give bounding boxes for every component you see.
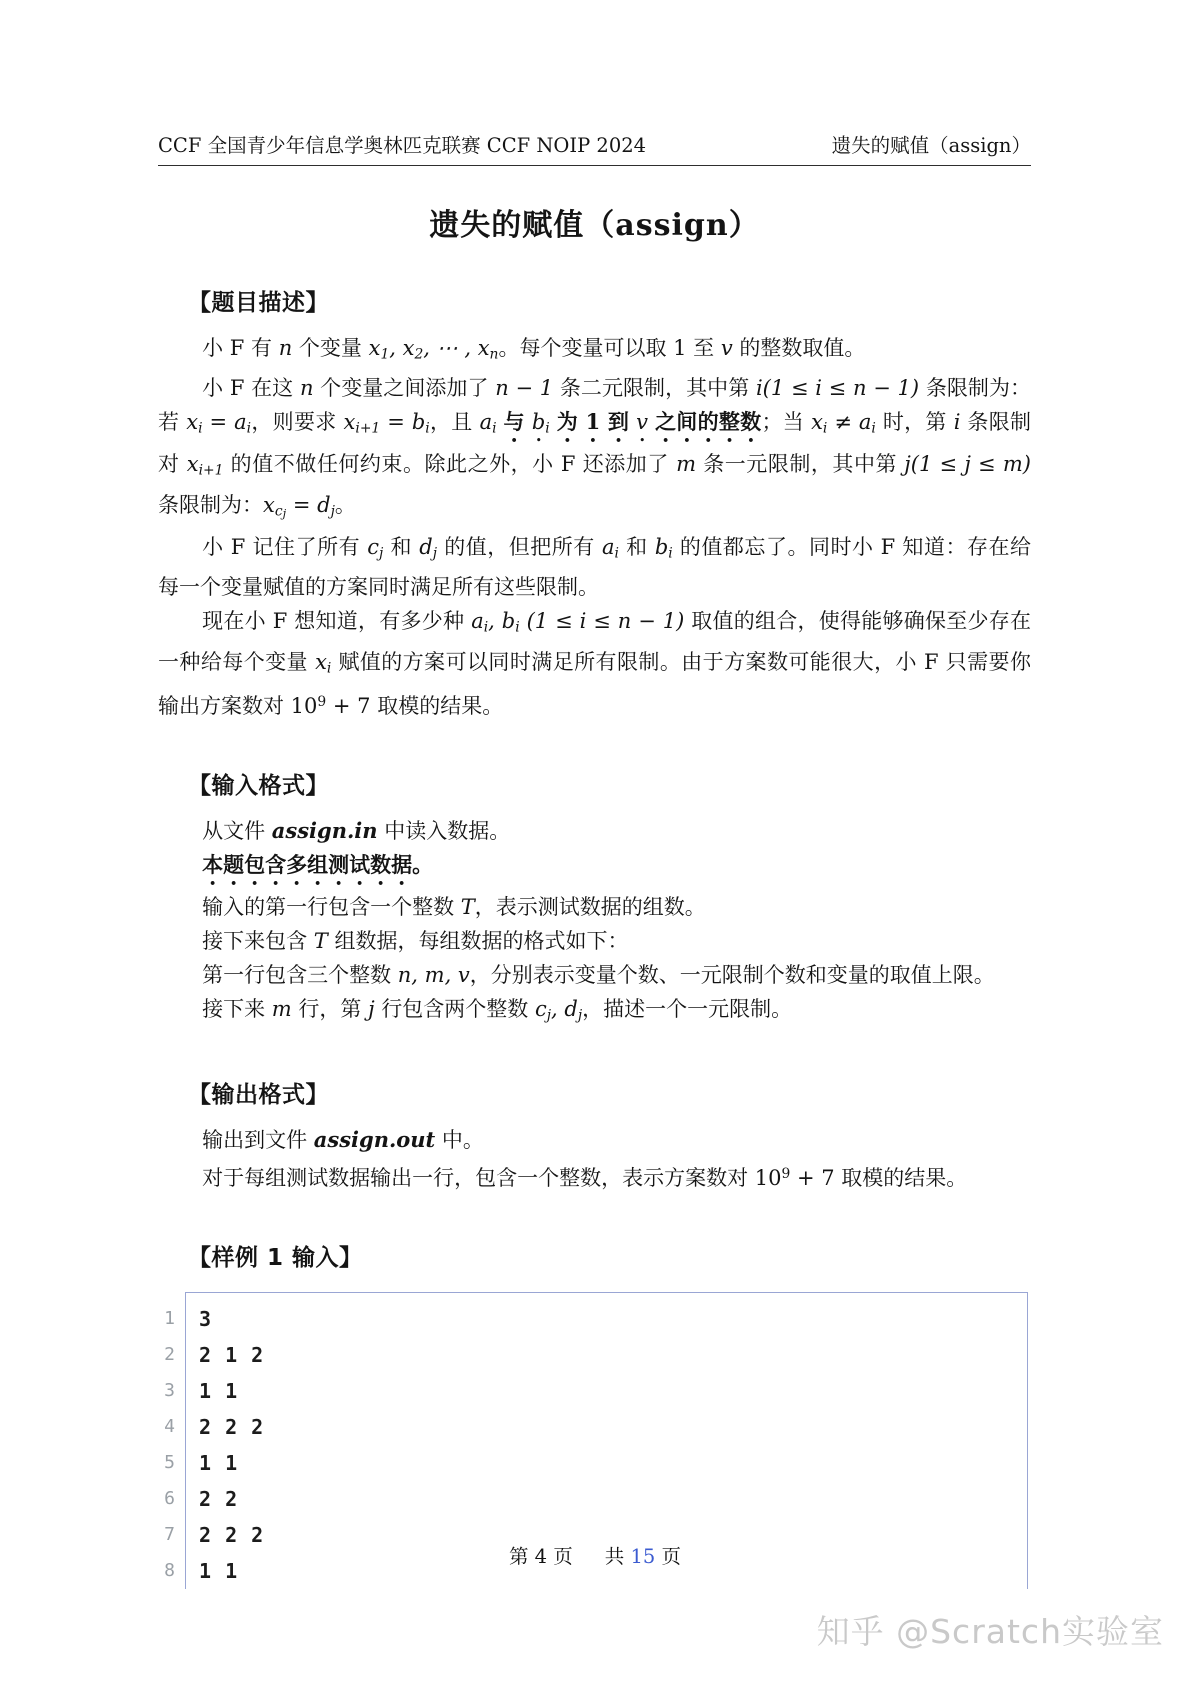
code-text: 2 2	[199, 1487, 238, 1511]
description-paragraph-2: 小 F 在这 n 个变量之间添加了 n − 1 条二元限制，其中第 i(1 ≤ …	[158, 371, 1031, 529]
code-text: 3	[199, 1307, 212, 1331]
page-title: 遗失的赋值（assign）	[158, 200, 1031, 244]
code-line: 62 2	[186, 1481, 1027, 1517]
footer-total-prefix: 共	[605, 1545, 631, 1568]
header-problem-name: 遗失的赋值（assign）	[832, 130, 1031, 158]
code-text: 1 1	[199, 1379, 238, 1403]
page-content: CCF 全国青少年信息学奥林匹克联赛 CCF NOIP 2024 遗失的赋值（a…	[158, 0, 1031, 1589]
section-heading-output-format: 【输出格式】	[188, 1076, 1031, 1109]
input-format-line-3: 输入的第一行包含一个整数 T，表示测试数据的组数。	[158, 890, 1031, 924]
section-heading-input-format: 【输入格式】	[188, 767, 1031, 800]
section-heading-description: 【题目描述】	[188, 284, 1031, 317]
code-line: 31 1	[186, 1373, 1027, 1409]
code-line: 22 1 2	[186, 1337, 1027, 1373]
line-number: 6	[145, 1481, 175, 1517]
footer-total-pages-link[interactable]: 15	[630, 1545, 655, 1568]
output-format-line-1: 输出到文件 assign.out 中。	[158, 1123, 1031, 1157]
code-line: 51 1	[186, 1445, 1027, 1481]
line-number: 2	[145, 1337, 175, 1373]
code-text: 2 1 2	[199, 1343, 264, 1367]
line-number: 3	[145, 1373, 175, 1409]
code-text: 1 1	[199, 1451, 238, 1475]
line-number: 4	[145, 1409, 175, 1445]
line-number: 5	[145, 1445, 175, 1481]
page-footer: 第 4 页共 15 页	[0, 1541, 1190, 1569]
description-paragraph-4: 现在小 F 想知道，有多少种 ai, bi (1 ≤ i ≤ n − 1) 取值…	[158, 604, 1031, 723]
header-contest-name: CCF 全国青少年信息学奥林匹克联赛 CCF NOIP 2024	[158, 130, 646, 158]
description-paragraph-3: 小 F 记住了所有 cj 和 dj 的值，但把所有 ai 和 bi 的值都忘了。…	[158, 530, 1031, 604]
footer-current-page: 第 4 页	[509, 1545, 573, 1568]
description-paragraph-1: 小 F 有 n 个变量 x1, x2, ⋯ , xn。每个变量可以取 1 至 v…	[158, 331, 1031, 371]
code-line: 42 2 2	[186, 1409, 1027, 1445]
line-number: 1	[145, 1301, 175, 1337]
input-format-line-4: 接下来包含 T 组数据，每组数据的格式如下：	[158, 924, 1031, 958]
input-format-line-5: 第一行包含三个整数 n, m, v，分别表示变量个数、一元限制个数和变量的取值上…	[158, 958, 1031, 992]
code-text: 2 2 2	[199, 1415, 264, 1439]
code-line: 13	[186, 1301, 1027, 1337]
header-rule	[158, 165, 1031, 166]
page-header: CCF 全国青少年信息学奥林匹克联赛 CCF NOIP 2024 遗失的赋值（a…	[158, 0, 1031, 158]
input-format-line-6: 接下来 m 行，第 j 行包含两个整数 cj, dj，描述一个一元限制。	[158, 992, 1031, 1032]
input-format-line-2: 本题包含多组测试数据。	[158, 848, 1031, 890]
section-heading-sample1-input: 【样例 1 输入】	[188, 1239, 1031, 1272]
input-format-line-1: 从文件 assign.in 中读入数据。	[158, 814, 1031, 848]
footer-total-suffix: 页	[655, 1545, 681, 1568]
output-format-line-2: 对于每组测试数据输出一行，包含一个整数，表示方案数对 109 + 7 取模的结果…	[158, 1157, 1031, 1195]
watermark-text: 知乎 @Scratch实验室	[817, 1606, 1164, 1653]
